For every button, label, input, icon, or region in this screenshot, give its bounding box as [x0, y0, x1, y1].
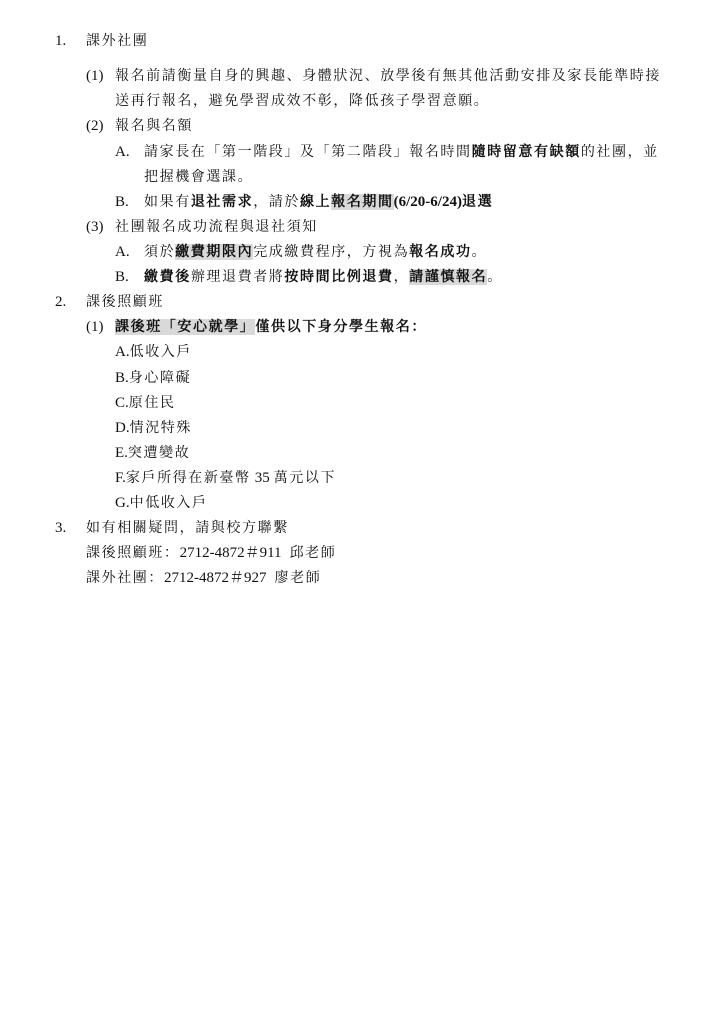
item-number: (2): [86, 116, 104, 136]
text-run: 請家長在「第一階段」及「第二階段」報名時間: [144, 144, 472, 160]
item-text: 課後班「安心就學」僅供以下身分學生報名：: [115, 317, 427, 337]
text-run: 。: [487, 269, 503, 285]
highlighted-run: 報名期間: [331, 194, 393, 210]
bold-run: 隨時留意有缺額: [472, 144, 581, 160]
contact-label: 課外社團：: [86, 570, 164, 586]
item-text: 報名前請衡量自身的興趣、身體狀況、放學後有無其他活動安排及家長能準時接: [115, 66, 661, 86]
list-item: A.低收入戶: [115, 342, 192, 362]
subitem-text: 繳費後辦理退費者將按時間比例退費，請謹慎報名。: [144, 267, 503, 287]
item-title: 報名與名額: [115, 116, 193, 136]
item-number: (1): [86, 66, 104, 86]
subitem-letter: B.: [115, 267, 129, 287]
list-text: 情況特殊: [130, 420, 192, 436]
highlighted-run: 繳費期限內: [175, 244, 253, 260]
bold-run: 退選: [462, 194, 493, 210]
list-text: 身心障礙: [129, 370, 191, 386]
list-item: F.家戶所得在新臺幣35萬元以下: [115, 468, 336, 488]
section-title: 課後照顧班: [86, 292, 164, 312]
contact-person: 廖老師: [267, 570, 322, 586]
subitem-text: 請家長在「第一階段」及「第二階段」報名時間隨時留意有缺額的社團，並: [144, 142, 659, 162]
list-letter: B.: [115, 370, 129, 386]
bold-run: 退社需求: [191, 194, 253, 210]
highlighted-run: 課後班「安心就學」: [115, 319, 255, 335]
list-letter: G.: [115, 495, 130, 511]
text-run: 如果有: [144, 194, 191, 210]
list-letter: D.: [115, 420, 130, 436]
contact-line: 課外社團：2712-4872＃927廖老師: [86, 568, 321, 588]
text-run: 須於: [144, 244, 175, 260]
subitem-letter: A.: [115, 242, 130, 262]
item-number: (3): [86, 217, 104, 237]
income-amount: 35: [251, 470, 274, 486]
text-run: 辦理退費者將: [191, 269, 285, 285]
item-title: 社團報名成功流程與退社須知: [115, 217, 318, 237]
list-item: G.中低收入戶: [115, 493, 208, 513]
subitem-text: 須於繳費期限內完成繳費程序，方視為報名成功。: [144, 242, 487, 262]
section-number: 3.: [55, 518, 66, 538]
text-run: ，: [394, 269, 410, 285]
bold-run: 繳費後: [144, 269, 191, 285]
list-letter: A.: [115, 344, 130, 360]
list-item: D.情況特殊: [115, 418, 192, 438]
contact-phone: 2712-4872＃911: [180, 545, 282, 561]
subitem-letter: A.: [115, 142, 130, 162]
item-text-continued: 送再行報名，避免學習成效不彰，降低孩子學習意願。: [115, 91, 489, 111]
list-letter: E.: [115, 445, 128, 461]
highlighted-run: 請謹慎報名: [409, 269, 487, 285]
subitem-letter: B.: [115, 192, 129, 212]
text-run: 。: [472, 244, 488, 260]
list-item: E.突遭變故: [115, 443, 190, 463]
list-text: 低收入戶: [130, 344, 192, 360]
list-text: 突遭變故: [128, 445, 190, 461]
text-run: ，請於: [253, 194, 300, 210]
bold-run: 按時間比例退費: [284, 269, 393, 285]
list-text: 家戶所得在新臺幣: [126, 470, 251, 486]
contact-phone: 2712-4872＃927: [164, 570, 267, 586]
subitem-text: 如果有退社需求，請於線上報名期間(6/20-6/24)退選: [144, 192, 493, 212]
list-text: 中低收入戶: [130, 495, 208, 511]
contact-line: 課後照顧班：2712-4872＃911邱老師: [86, 543, 336, 563]
contact-label: 課後照顧班：: [86, 545, 180, 561]
text-run: 的社團，並: [581, 144, 659, 160]
section-title: 如有相關疑問，請與校方聯繫: [86, 518, 289, 538]
bold-run: 僅供以下身分學生報名：: [255, 319, 427, 335]
bold-run: 線上: [300, 194, 331, 210]
bold-run: 報名成功: [409, 244, 471, 260]
section-number: 2.: [55, 292, 66, 312]
contact-person: 邱老師: [282, 545, 337, 561]
list-text: 萬元以下: [274, 470, 336, 486]
date-range: (6/20-6/24): [394, 194, 462, 210]
list-letter: C.: [115, 395, 129, 411]
list-text: 原住民: [129, 395, 176, 411]
list-item: B.身心障礙: [115, 368, 191, 388]
section-number: 1.: [55, 31, 66, 51]
list-item: C.原住民: [115, 393, 176, 413]
text-run: 完成繳費程序，方視為: [253, 244, 409, 260]
section-title: 課外社團: [86, 31, 148, 51]
subitem-text-continued: 把握機會選課。: [144, 167, 253, 187]
item-number: (1): [86, 317, 104, 337]
list-letter: F.: [115, 470, 126, 486]
